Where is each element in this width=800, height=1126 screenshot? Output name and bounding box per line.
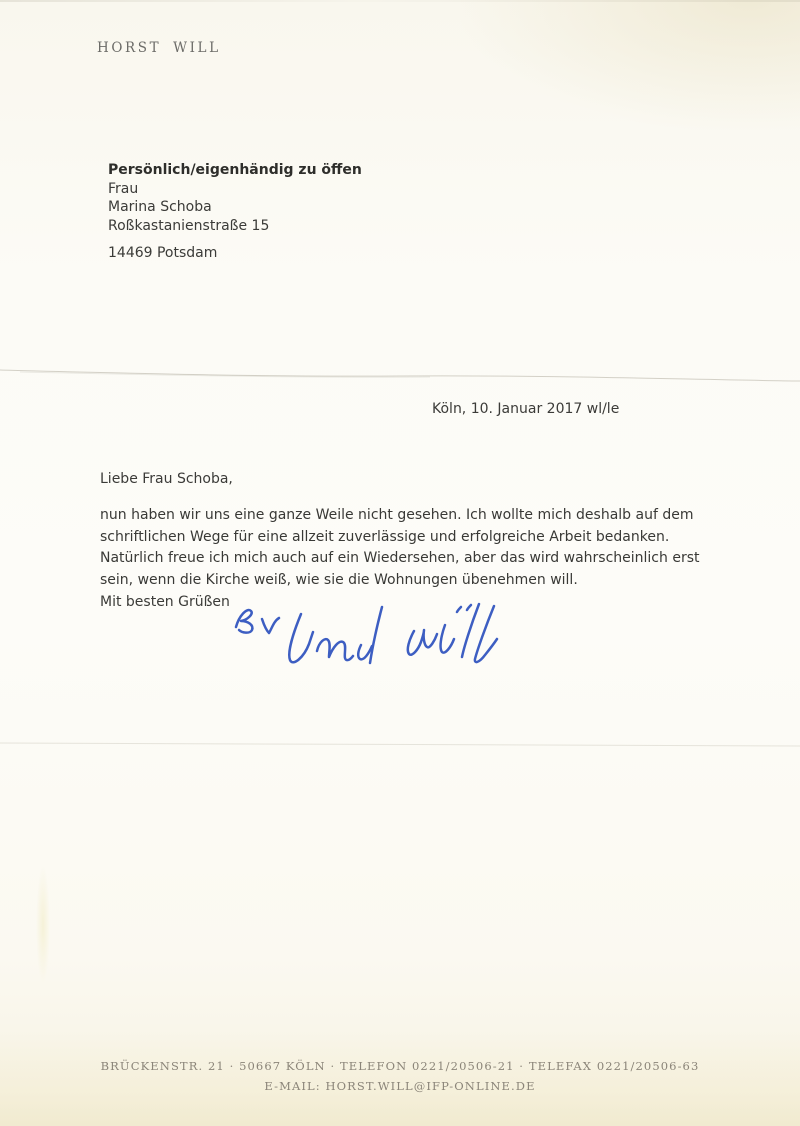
paper-texture-top-right	[460, 0, 800, 130]
date-line: Köln, 10. Januar 2017 wl/le	[432, 401, 619, 417]
footer-email: E-MAIL: HORST.WILL@IFP-ONLINE.DE	[0, 1076, 800, 1096]
scan-edge-top	[0, 0, 800, 2]
body-line: nun haben wir uns eine ganze Weile nicht…	[100, 505, 699, 527]
fold-crease-lower	[0, 734, 800, 754]
letterhead-name: HORST WILL	[97, 40, 221, 56]
recipient-salutation: Frau	[108, 180, 362, 199]
body-line: sein, wenn die Kirche weiß, wie sie die …	[100, 570, 699, 592]
scanned-letter-page: HORST WILL Persönlich/eigenhändig zu öff…	[0, 0, 800, 1126]
recipient-street: Roßkastanienstraße 15	[108, 217, 362, 236]
paper-streak-left	[36, 865, 50, 985]
body-line: Natürlich freue ich mich auch auf ein Wi…	[100, 548, 699, 570]
footer-address-phone: BRÜCKENSTR. 21 · 50667 KÖLN · TELEFON 02…	[0, 1056, 800, 1076]
letter-body: nun haben wir uns eine ganze Weile nicht…	[100, 505, 699, 591]
closing-phrase: Mit besten Grüßen	[100, 594, 230, 610]
signature-horst-will	[226, 594, 526, 682]
recipient-name: Marina Schoba	[108, 198, 362, 217]
salutation: Liebe Frau Schoba,	[100, 471, 233, 487]
recipient-city: 14469 Potsdam	[108, 244, 362, 263]
body-line: schriftlichen Wege für eine allzeit zuve…	[100, 527, 699, 549]
delivery-note: Persönlich/eigenhändig zu öffen	[108, 161, 362, 180]
recipient-address-block: Persönlich/eigenhändig zu öffen Frau Mar…	[108, 161, 362, 263]
signature-strokes	[236, 604, 497, 663]
footer-contact: BRÜCKENSTR. 21 · 50667 KÖLN · TELEFON 02…	[0, 1056, 800, 1096]
fold-crease-upper	[0, 364, 800, 384]
